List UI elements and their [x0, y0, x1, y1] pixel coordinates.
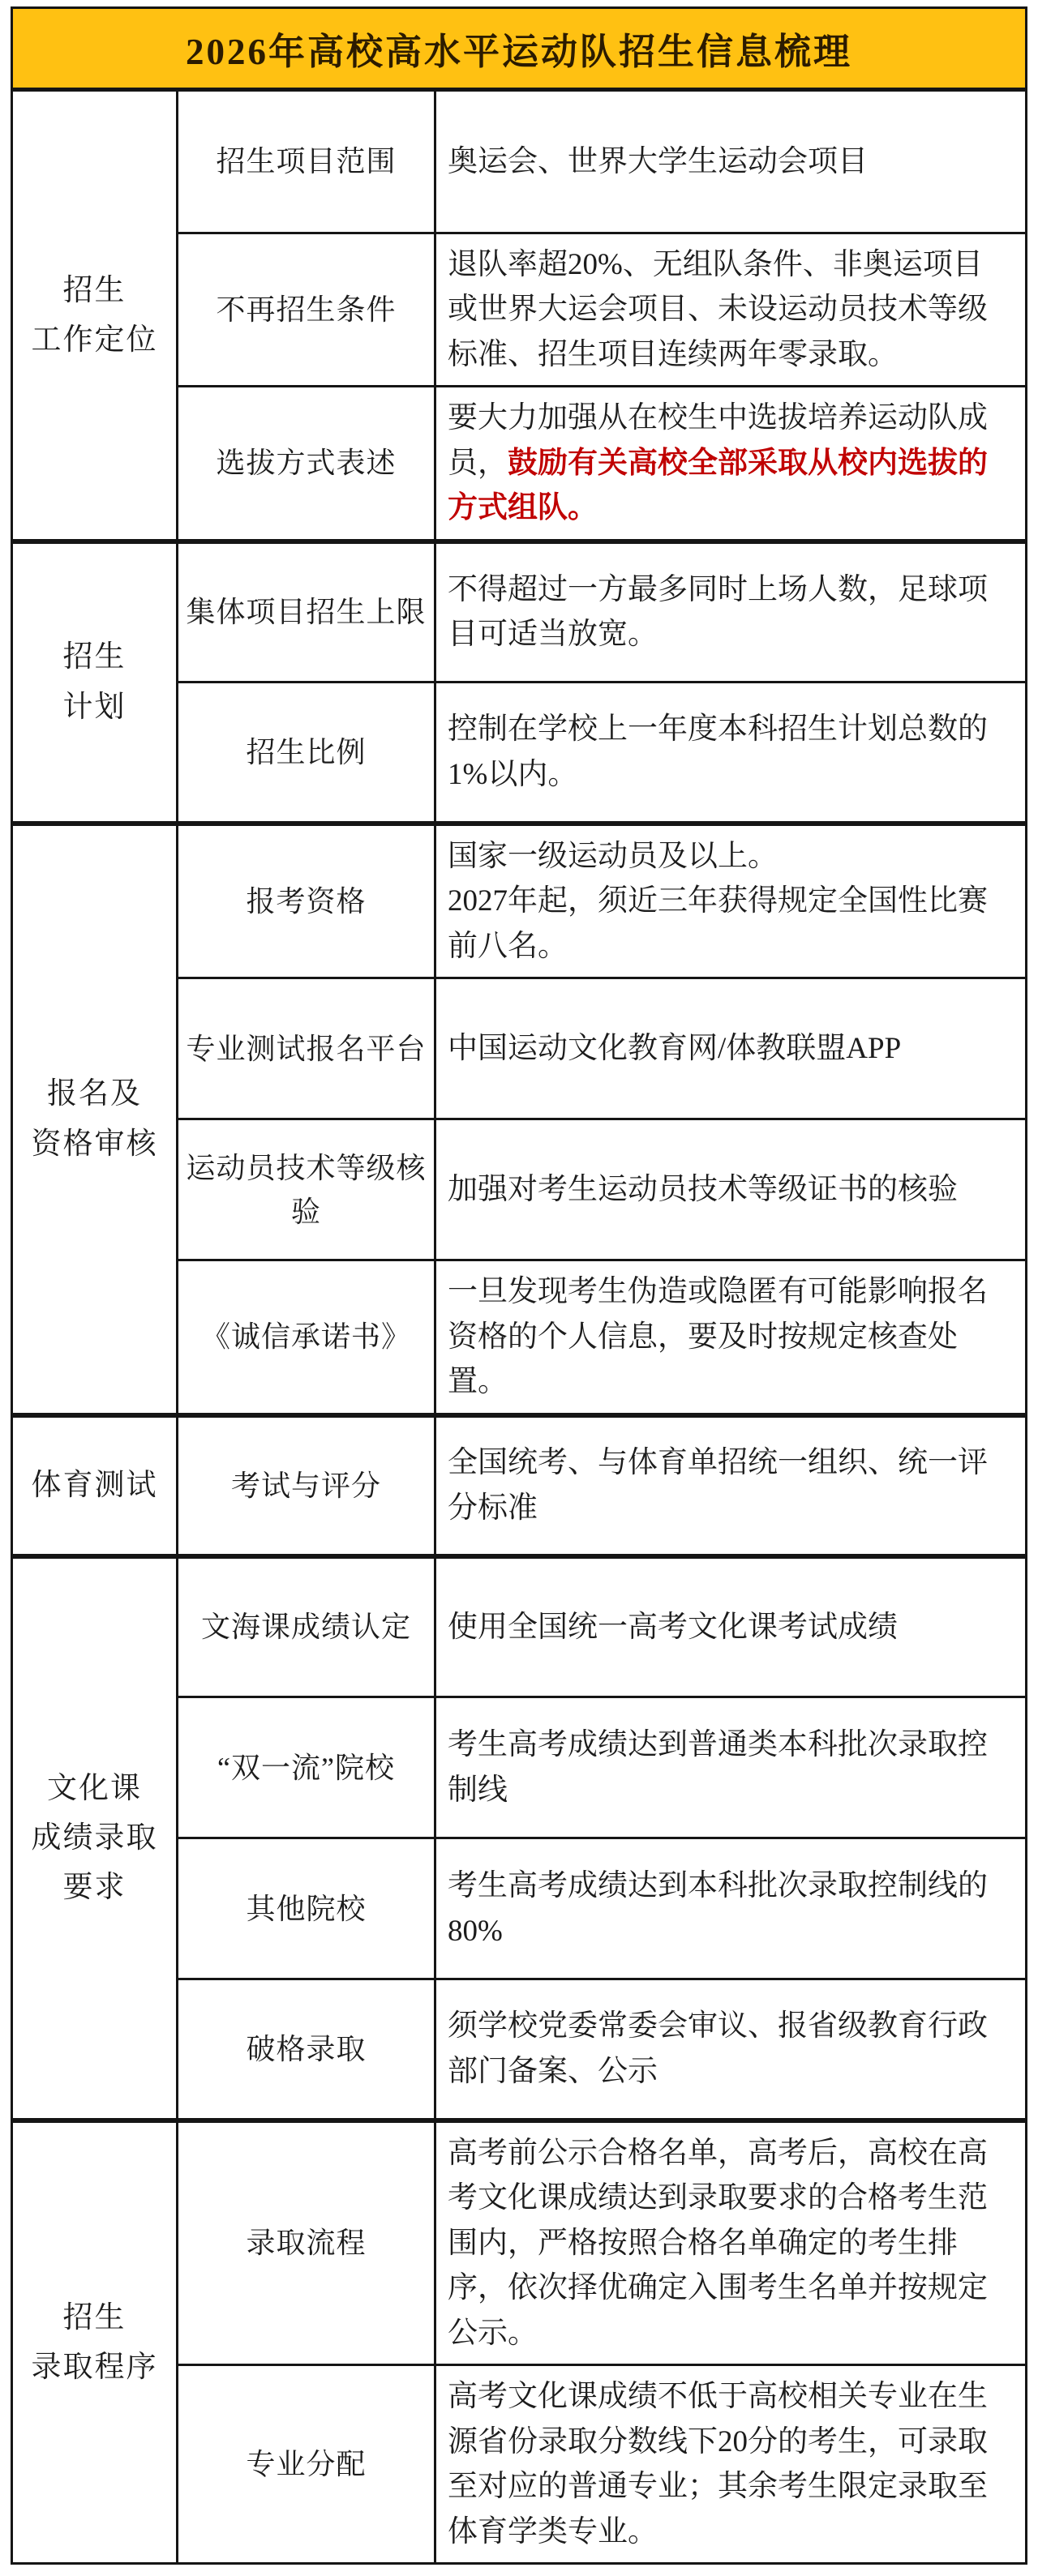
- row-value: 须学校党委常委会审议、报省级教育行政部门备案、公示: [435, 1979, 1027, 2120]
- row-value: 高考前公示合格名单，高考后，高校在高考文化课成绩达到录取要求的合格考生范围内，严…: [435, 2120, 1027, 2365]
- row-label: 集体项目招生上限: [178, 541, 435, 683]
- row-label: 选拔方式表述: [178, 387, 435, 541]
- row-value: 考生高考成绩达到本科批次录取控制线的80%: [435, 1838, 1027, 1979]
- table-row: 招生 计划 集体项目招生上限 不得超过一方最多同时上场人数，足球项目可适当放宽。: [12, 541, 1027, 683]
- row-label: 其他院校: [178, 1838, 435, 1979]
- row-label: 考试与评分: [178, 1415, 435, 1556]
- row-label: 报考资格: [178, 824, 435, 978]
- row-label: 录取流程: [178, 2120, 435, 2365]
- row-label: “双一流”院校: [178, 1697, 435, 1838]
- table-row: 招生 录取程序 录取流程 高考前公示合格名单，高考后，高校在高考文化课成绩达到录…: [12, 2120, 1027, 2365]
- row-label: 招生比例: [178, 683, 435, 824]
- section-label: 招生 录取程序: [12, 2120, 178, 2564]
- row-value: 不得超过一方最多同时上场人数，足球项目可适当放宽。: [435, 541, 1027, 683]
- row-value: 奥运会、世界大学生运动会项目: [435, 92, 1027, 233]
- row-label: 《诚信承诺书》: [178, 1260, 435, 1415]
- table-row: 文化课 成绩录取 要求 文海课成绩认定 使用全国统一高考文化课考试成绩: [12, 1556, 1027, 1697]
- row-value: 加强对考生运动员技术等级证书的核验: [435, 1119, 1027, 1260]
- row-value: 使用全国统一高考文化课考试成绩: [435, 1556, 1027, 1697]
- section-label: 报名及 资格审核: [12, 824, 178, 1415]
- row-value-highlight: 鼓励有关高校全部采取从校内选拔的方式组队。: [448, 447, 988, 525]
- row-label: 专业测试报名平台: [178, 978, 435, 1119]
- section-label: 招生 工作定位: [12, 92, 178, 541]
- row-value: 一旦发现考生伪造或隐匿有可能影响报名资格的个人信息，要及时按规定核查处置。: [435, 1260, 1027, 1415]
- section-label: 文化课 成绩录取 要求: [12, 1556, 178, 2120]
- section-label: 体育测试: [12, 1415, 178, 1556]
- row-value: 控制在学校上一年度本科招生计划总数的1%以内。: [435, 683, 1027, 824]
- row-value: 高考文化课成绩不低于高校相关专业在生源省份录取分数线下20分的考生，可录取至对应…: [435, 2365, 1027, 2564]
- row-value: 全国统考、与体育单招统一组织、统一评分标准: [435, 1415, 1027, 1556]
- row-value: 考生高考成绩达到普通类本科批次录取控制线: [435, 1697, 1027, 1838]
- table-row: 招生 工作定位 招生项目范围 奥运会、世界大学生运动会项目: [12, 92, 1027, 233]
- table-row: 体育测试 考试与评分 全国统考、与体育单招统一组织、统一评分标准: [12, 1415, 1027, 1556]
- row-label: 运动员技术等级核验: [178, 1119, 435, 1260]
- section-label: 招生 计划: [12, 541, 178, 824]
- recruitment-info-table: 招生 工作定位 招生项目范围 奥运会、世界大学生运动会项目 不再招生条件 退队率…: [11, 92, 1027, 2565]
- row-value: 国家一级运动员及以上。 2027年起，须近三年获得规定全国性比赛前八名。: [435, 824, 1027, 978]
- row-value: 要大力加强从在校生中选拔培养运动队成员，鼓励有关高校全部采取从校内选拔的方式组队…: [435, 387, 1027, 541]
- row-label: 招生项目范围: [178, 92, 435, 233]
- row-label: 文海课成绩认定: [178, 1556, 435, 1697]
- row-label: 不再招生条件: [178, 233, 435, 387]
- page: 2026年高校高水平运动队招生信息梳理 招生 工作定位 招生项目范围 奥运会、世…: [0, 0, 1038, 2576]
- row-value: 退队率超20%、无组队条件、非奥运项目或世界大运会项目、未设运动员技术等级标准、…: [435, 233, 1027, 387]
- row-value: 中国运动文化教育网/体教联盟APP: [435, 978, 1027, 1119]
- table-row: 报名及 资格审核 报考资格 国家一级运动员及以上。 2027年起，须近三年获得规…: [12, 824, 1027, 978]
- row-label: 破格录取: [178, 1979, 435, 2120]
- table-title: 2026年高校高水平运动队招生信息梳理: [11, 6, 1027, 92]
- row-label: 专业分配: [178, 2365, 435, 2564]
